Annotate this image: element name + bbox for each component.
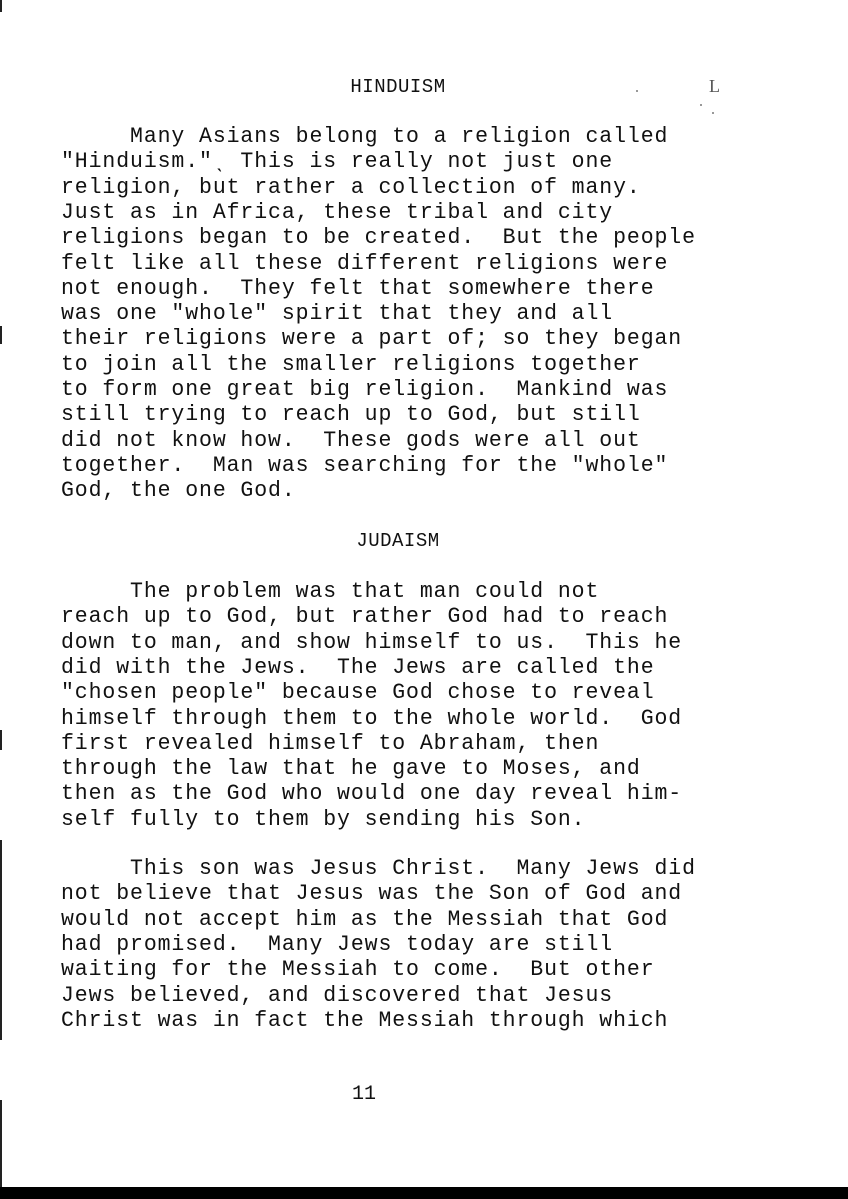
scan-speck — [700, 104, 702, 106]
text-line: The problem was that man could not — [61, 579, 599, 604]
text-line: felt like all these different religions … — [61, 251, 668, 276]
text-line: God, the one God. — [61, 478, 296, 503]
text-line: This son was Jesus Christ. Many Jews did — [61, 856, 696, 881]
text-line: religions began to be created. But the p… — [61, 225, 696, 250]
scanned-page: HINDUISM L Many Asians belong to a relig… — [0, 0, 848, 1199]
text-line: would not accept him as the Messiah that… — [61, 907, 668, 932]
scan-edge-mark — [0, 1100, 2, 1190]
text-line: self fully to them by sending his Son. — [61, 807, 585, 832]
text-line: did with the Jews. The Jews are called t… — [61, 655, 655, 680]
text-line: down to man, and show himself to us. Thi… — [61, 630, 682, 655]
text-line: first revealed himself to Abraham, then — [61, 731, 599, 756]
text-line: "chosen people" because God chose to rev… — [61, 680, 655, 705]
text-line: had promised. Many Jews today are still — [61, 932, 613, 957]
scan-edge-mark — [0, 326, 2, 344]
text-line: through the law that he gave to Moses, a… — [61, 756, 641, 781]
scan-edge-mark — [0, 840, 2, 1040]
text-line: Christ was in fact the Messiah through w… — [61, 1008, 668, 1033]
text-line: together. Man was searching for the "who… — [61, 453, 668, 478]
text-line: did not know how. These gods were all ou… — [61, 428, 641, 453]
text-line: to join all the smaller religions togeth… — [61, 352, 641, 377]
text-line: not enough. They felt that somewhere the… — [61, 276, 655, 301]
scan-edge-mark — [0, 730, 2, 750]
text-line: Just as in Africa, these tribal and city — [61, 200, 613, 225]
margin-mark: L — [709, 76, 720, 97]
text-line: Jews believed, and discovered that Jesus — [61, 983, 613, 1008]
section-heading-judaism: JUDAISM — [0, 530, 796, 552]
scan-bottom-edge — [0, 1187, 848, 1199]
scan-speck — [712, 112, 714, 114]
text-line: Many Asians belong to a religion called — [61, 124, 668, 149]
text-line: not believe that Jesus was the Son of Go… — [61, 881, 682, 906]
text-line: "Hinduism."ˎ This is really not just one — [61, 149, 613, 174]
text-line: reach up to God, but rather God had to r… — [61, 604, 668, 629]
text-line: then as the God who would one day reveal… — [61, 781, 682, 806]
section-heading-hinduism: HINDUISM — [0, 76, 796, 98]
text-line: to form one great big religion. Mankind … — [61, 377, 668, 402]
scan-speck — [636, 90, 638, 92]
text-line: still trying to reach up to God, but sti… — [61, 402, 641, 427]
text-line: waiting for the Messiah to come. But oth… — [61, 957, 655, 982]
page-number: 11 — [0, 1083, 728, 1106]
text-line: was one "whole" spirit that they and all — [61, 301, 613, 326]
text-line: their religions were a part of; so they … — [61, 326, 682, 351]
text-line: religion, but rather a collection of man… — [61, 175, 641, 200]
text-line: himself through them to the whole world.… — [61, 706, 682, 731]
scan-edge-mark — [0, 0, 2, 12]
